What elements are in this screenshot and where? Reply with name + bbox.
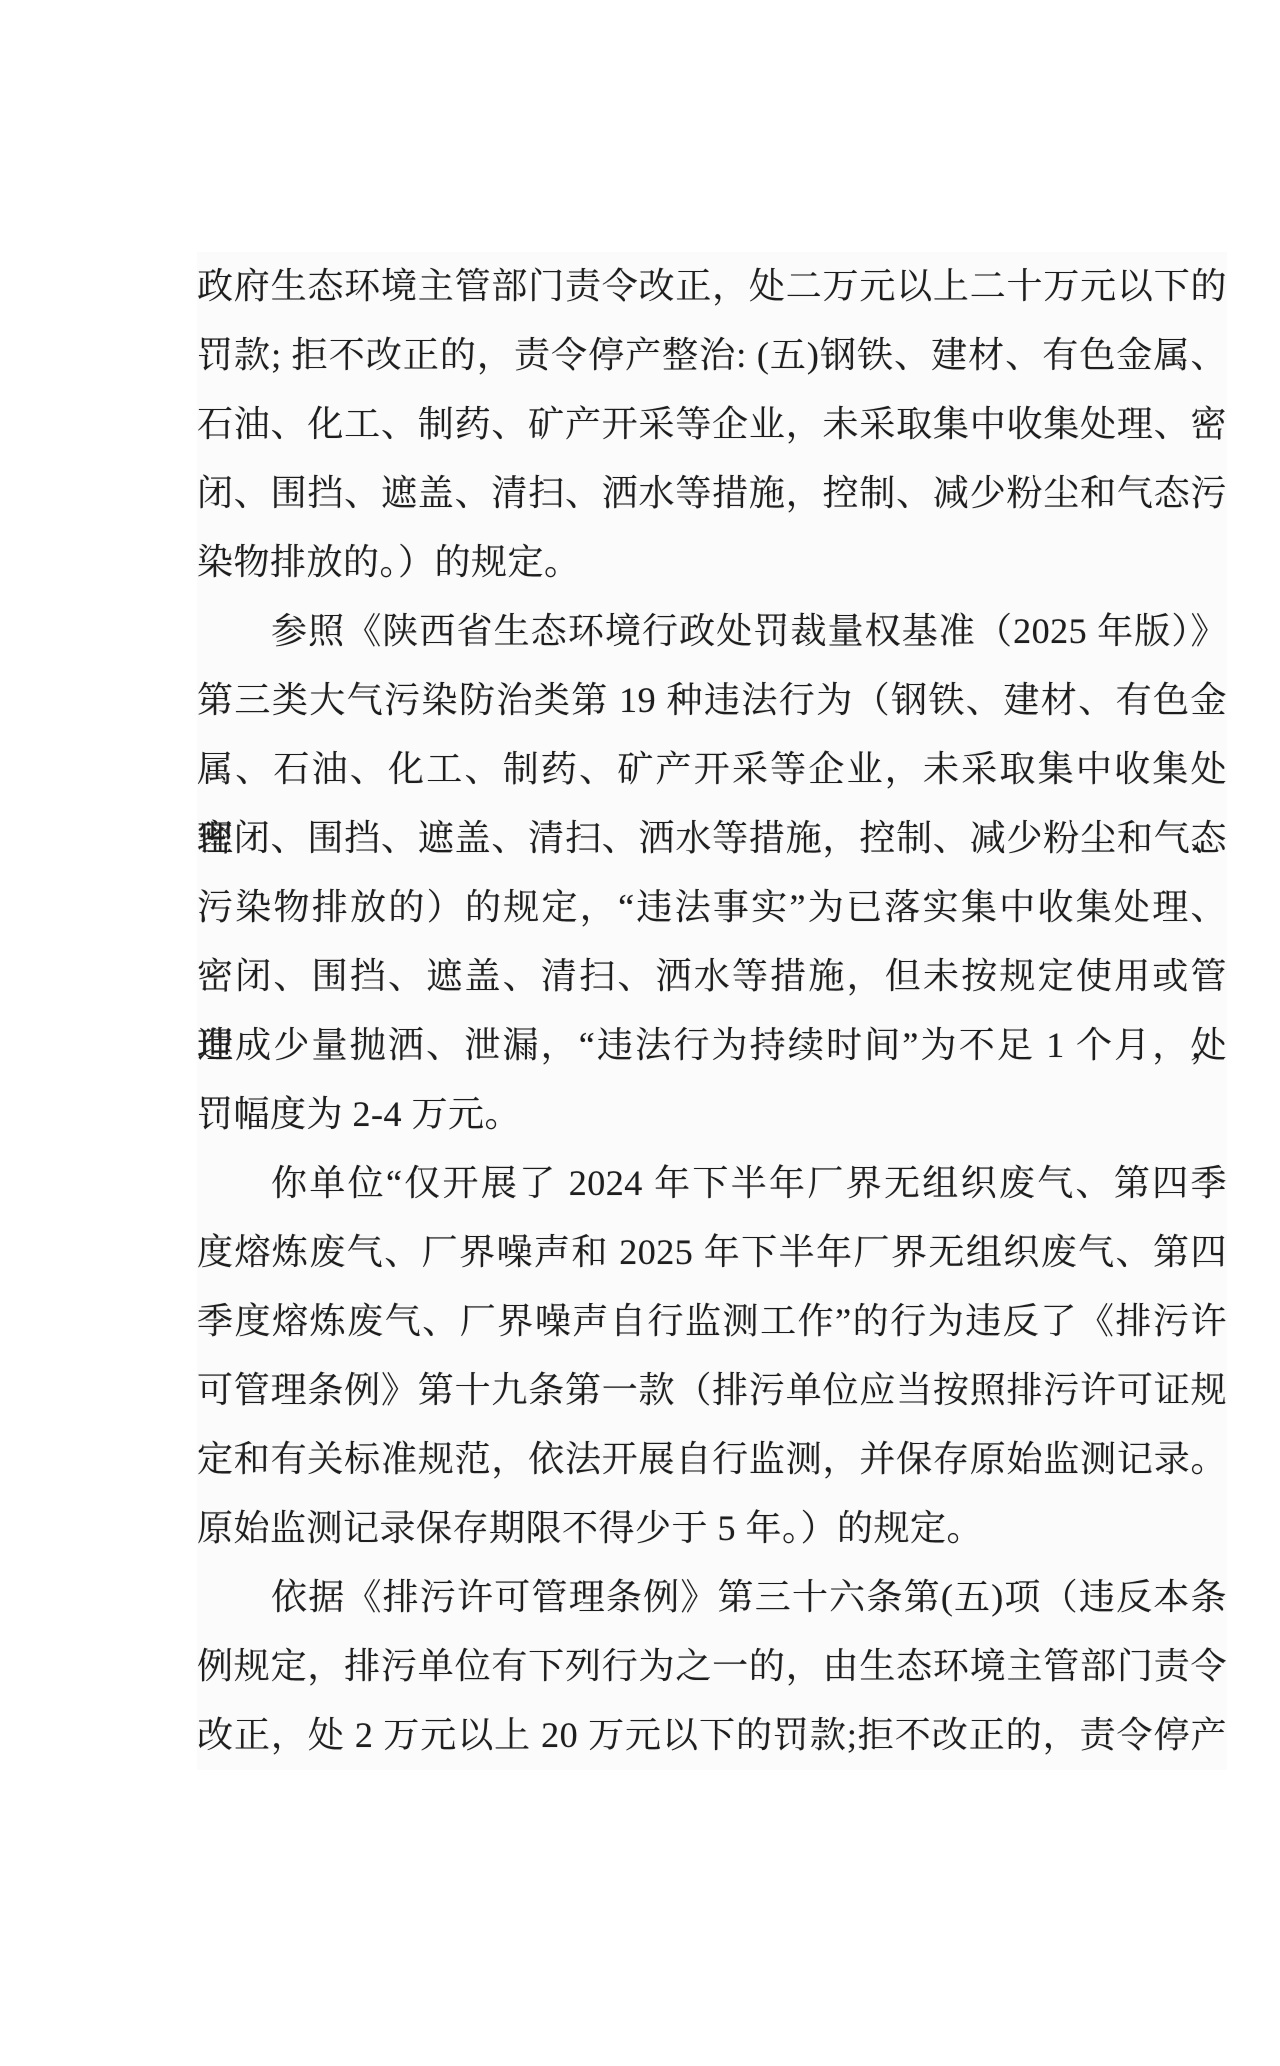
text-line: 可管理条例》第十九条第一款（排污单位应当按照排污许可证规 [197, 1356, 1227, 1425]
text-line: 改正，处 2 万元以上 20 万元以下的罚款;拒不改正的，责令停产 [197, 1701, 1227, 1770]
text-line: 参照《陕西省生态环境行政处罚裁量权基准（2025 年版）》 [197, 597, 1227, 666]
text-line: 第三类大气污染防治类第 19 种违法行为（钢铁、建材、有色金 [197, 666, 1227, 735]
text-line: 季度熔炼废气、厂界噪声自行监测工作”的行为违反了《排污许 [197, 1287, 1227, 1356]
text-line: 定和有关标准规范，依法开展自行监测，并保存原始监测记录。 [197, 1425, 1227, 1494]
text-line: 罚款; 拒不改正的，责令停产整治: (五)钢铁、建材、有色金属、 [197, 321, 1227, 390]
text-line: 密闭、围挡、遮盖、清扫、洒水等措施，但未按规定使用或管理， [197, 942, 1227, 1011]
text-line: 例规定，排污单位有下列行为之一的，由生态环境主管部门责令 [197, 1632, 1227, 1701]
text-line: 原始监测记录保存期限不得少于 5 年。）的规定。 [197, 1494, 1227, 1563]
text-line: 政府生态环境主管部门责令改正，处二万元以上二十万元以下的 [197, 252, 1227, 321]
text-line: 造成少量抛洒、泄漏，“违法行为持续时间”为不足 1 个月，处 [197, 1011, 1227, 1080]
document-text-block: 政府生态环境主管部门责令改正，处二万元以上二十万元以下的罚款; 拒不改正的，责令… [197, 252, 1227, 1770]
text-line: 石油、化工、制药、矿产开采等企业，未采取集中收集处理、密 [197, 390, 1227, 459]
text-line: 度熔炼废气、厂界噪声和 2025 年下半年厂界无组织废气、第四 [197, 1218, 1227, 1287]
text-line: 闭、围挡、遮盖、清扫、洒水等措施，控制、减少粉尘和气态污 [197, 459, 1227, 528]
text-line: 罚幅度为 2-4 万元。 [197, 1080, 1227, 1149]
text-line: 染物排放的。）的规定。 [197, 528, 1227, 597]
scanned-document-page: 政府生态环境主管部门责令改正，处二万元以上二十万元以下的罚款; 拒不改正的，责令… [0, 0, 1280, 2066]
text-line: 属、石油、化工、制药、矿产开采等企业，未采取集中收集处理、 [197, 735, 1227, 804]
text-line: 依据《排污许可管理条例》第三十六条第(五)项（违反本条 [197, 1563, 1227, 1632]
text-line: 你单位“仅开展了 2024 年下半年厂界无组织废气、第四季 [197, 1149, 1227, 1218]
text-line: 密闭、围挡、遮盖、清扫、洒水等措施，控制、减少粉尘和气态 [197, 804, 1227, 873]
text-line: 污染物排放的）的规定，“违法事实”为已落实集中收集处理、 [197, 873, 1227, 942]
